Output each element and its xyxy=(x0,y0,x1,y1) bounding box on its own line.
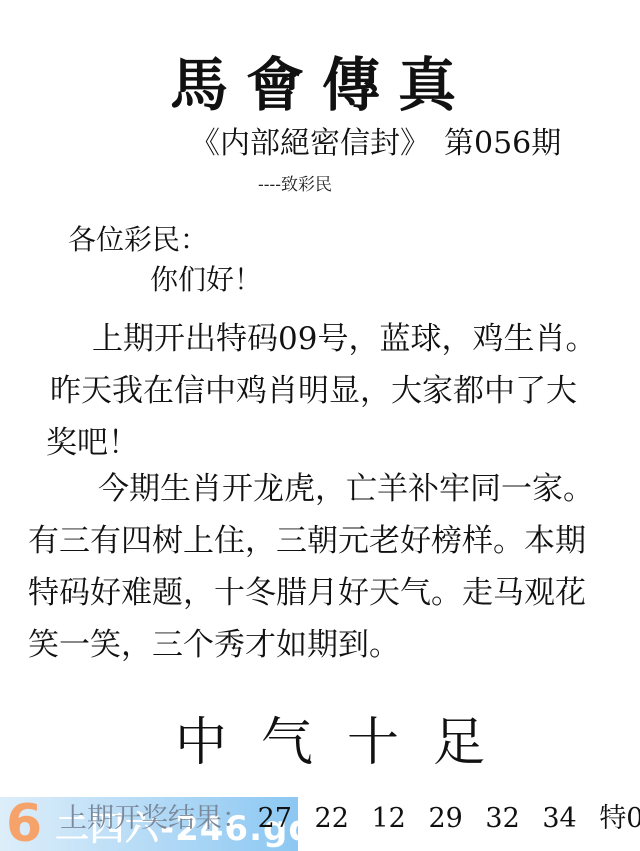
issue-number: 第056期 xyxy=(444,126,561,161)
watermark-logo-icon: 6 xyxy=(6,799,46,849)
signoff: ----致彩民 xyxy=(258,170,332,195)
draw-results: 上期开奖结果： 27 22 12 29 32 34 特09 xyxy=(60,796,640,835)
results-numbers: 27 22 12 29 32 34 xyxy=(258,803,600,834)
paragraph-2: 今期生肖开龙虎，亡羊补牢同一家。 有三有四树上住，三朝元老好榜样。本期 特码好难… xyxy=(28,463,618,671)
page-title: 馬會傳真 xyxy=(170,38,474,122)
results-label: 上期开奖结果： xyxy=(60,803,249,834)
subtitle: 《内部絕密信封》第056期 xyxy=(190,118,561,162)
subtitle-text: 《内部絕密信封》 xyxy=(190,126,430,161)
special-number: 特09 xyxy=(599,803,640,834)
result-number: 12 xyxy=(372,803,406,834)
hello-line: 你们好！ xyxy=(150,258,262,298)
paragraph-line: 上期开出特码09号，蓝球，鸡生肖。 xyxy=(28,313,618,365)
paragraph-line: 今期生肖开龙虎，亡羊补牢同一家。 xyxy=(28,463,618,515)
paragraph-1: 上期开出特码09号，蓝球，鸡生肖。 昨天我在信中鸡肖明显，大家都中了大 奖吧！ xyxy=(28,313,618,469)
result-number: 22 xyxy=(315,803,349,834)
result-number: 32 xyxy=(485,803,519,834)
greeting: 各位彩民： xyxy=(68,218,208,258)
paragraph-line: 昨天我在信中鸡肖明显，大家都中了大 xyxy=(28,365,618,417)
result-number: 27 xyxy=(258,803,292,834)
result-number: 29 xyxy=(428,803,462,834)
slogan: 中气十足 xyxy=(175,700,519,775)
paragraph-line: 有三有四树上住，三朝元老好榜样。本期 xyxy=(28,515,618,567)
paragraph-line: 奖吧！ xyxy=(28,417,618,469)
paragraph-line: 特码好难题，十冬腊月好天气。走马观花 xyxy=(28,567,618,619)
paragraph-line: 笑一笑，三个秀才如期到。 xyxy=(28,619,618,671)
result-number: 34 xyxy=(542,803,576,834)
